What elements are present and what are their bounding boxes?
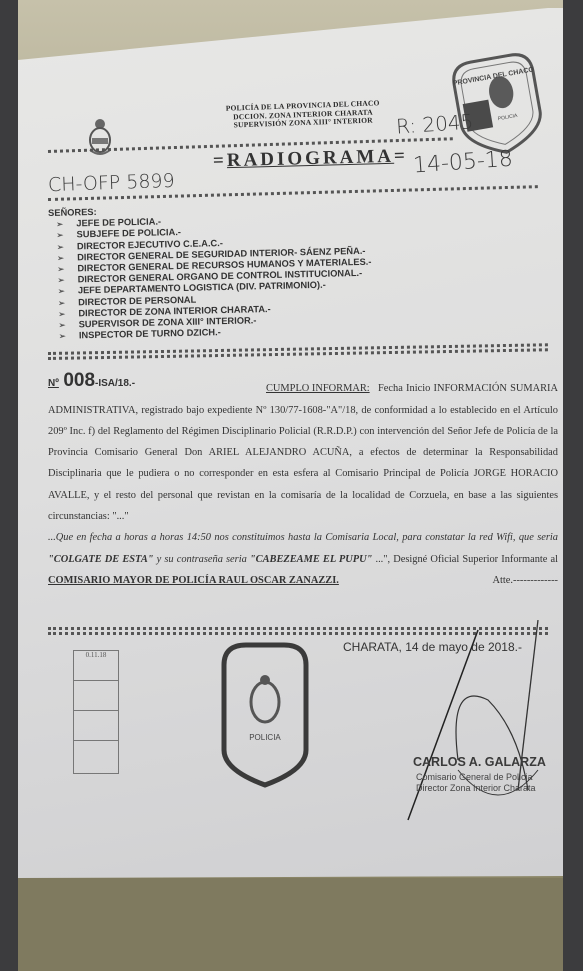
svg-text:POLICIA: POLICIA	[249, 733, 281, 742]
signer-rank: Comisario General de Policia	[416, 772, 536, 783]
registry-entry: 0.11.18	[74, 651, 118, 681]
recipients-list: SEÑORES: JEFE DE POLICIA.- SUBJEFE DE PO…	[48, 201, 373, 343]
institution-header: POLICÍA DE LA PROVINCIA DEL CHACO DCCION…	[193, 98, 414, 131]
paragraph-quote: ...Que en fecha a horas a horas 14:50 no…	[48, 527, 558, 591]
paragraph-main: Fecha Inicio INFORMACIÓN SUMARIA ADMINIS…	[48, 378, 558, 527]
background-table	[18, 878, 563, 971]
registry-box: 0.11.18	[73, 650, 119, 774]
police-seal-stamp-icon: POLICIA	[216, 640, 314, 790]
title-text: RADIOGRAMA	[227, 146, 395, 171]
officer-name: COMISARIO MAYOR DE POLICÍA RAUL OSCAR ZA…	[48, 575, 339, 586]
intro-label: CUMPLO INFORMAR:	[266, 383, 370, 394]
signer-title: Comisario General de Policia Director Zo…	[416, 772, 536, 794]
document-page: POLICÍA DE LA PROVINCIA DEL CHACO DCCION…	[18, 0, 563, 878]
document-title: =RADIOGRAMA=	[213, 145, 408, 172]
handwritten-date: 14-05-18	[412, 147, 513, 179]
message-body: CUMPLO INFORMAR: Fecha Inicio INFORMACIÓ…	[48, 378, 558, 591]
photo-viewport: POLICÍA DE LA PROVINCIA DEL CHACO DCCION…	[18, 0, 563, 971]
signature	[398, 620, 558, 830]
signer-role: Director Zona Interior Charata	[416, 783, 536, 794]
handwritten-file-number: CH-OFP 5899	[48, 170, 175, 196]
svg-text:POLICIA: POLICIA	[497, 113, 518, 122]
closing: Atte.-------------	[493, 570, 558, 591]
signer-name: CARLOS A. GALARZA	[413, 755, 546, 769]
